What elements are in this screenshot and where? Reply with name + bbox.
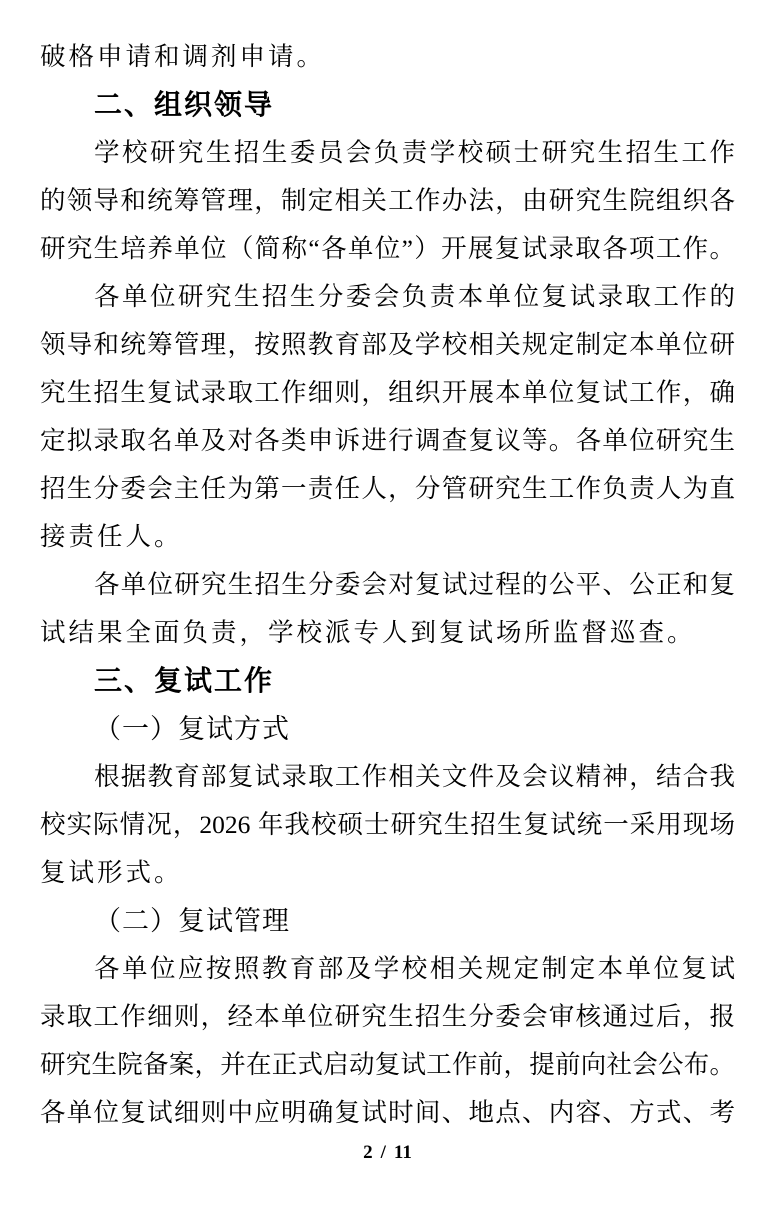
body-text-line: 学校研究生招生委员会负责学校硕士研究生招生工作 xyxy=(40,129,735,177)
current-page-number: 2 xyxy=(363,1142,373,1163)
body-text-line: 录取工作细则，经本单位研究生招生分委会审核通过后，报 xyxy=(40,993,735,1041)
body-text-line: 定拟录取名单及对各类申诉进行调查复议等。各单位研究生 xyxy=(40,417,735,465)
document-page: 破格申请和调剂申请。 二、组织领导 学校研究生招生委员会负责学校硕士研究生招生工… xyxy=(0,0,776,1208)
page-separator: / xyxy=(381,1142,386,1163)
section-heading-2: 二、组织领导 xyxy=(40,81,735,129)
body-text-line: 的领导和统筹管理，制定相关工作办法，由研究生院组织各 xyxy=(40,177,735,225)
paragraph-end-line: 复试形式。 xyxy=(40,849,735,897)
body-text-line: 根据教育部复试录取工作相关文件及会议精神，结合我 xyxy=(40,753,735,801)
page-footer: 2/11 xyxy=(40,1138,735,1168)
body-text-line: 研究生院备案，并在正式启动复试工作前，提前向社会公布。 xyxy=(40,1041,735,1089)
body-text-line: 各单位复试细则中应明确复试时间、地点、内容、方式、考 xyxy=(40,1089,735,1137)
body-text-line: 各单位研究生招生分委会对复试过程的公平、公正和复 xyxy=(40,561,735,609)
total-pages: 11 xyxy=(394,1142,412,1163)
paragraph-continuation-line: 破格申请和调剂申请。 xyxy=(40,33,735,81)
body-text-line: 校实际情况，2026 年我校硕士研究生招生复试统一采用现场 xyxy=(40,801,735,849)
body-text-line: 领导和统筹管理，按照教育部及学校相关规定制定本单位研 xyxy=(40,321,735,369)
section-heading-3: 三、复试工作 xyxy=(40,657,735,705)
body-text-line: 研究生培养单位（简称“各单位”）开展复试录取各项工作。 xyxy=(40,225,735,273)
body-text-line: 究生招生复试录取工作细则，组织开展本单位复试工作，确 xyxy=(40,369,735,417)
body-text-line: 各单位应按照教育部及学校相关规定制定本单位复试 xyxy=(40,945,735,993)
subsection-heading-2: （二）复试管理 xyxy=(40,897,735,945)
body-text-line: 各单位研究生招生分委会负责本单位复试录取工作的 xyxy=(40,273,735,321)
body-text-line: 招生分委会主任为第一责任人，分管研究生工作负责人为直 xyxy=(40,465,735,513)
paragraph-end-line: 试结果全面负责，学校派专人到复试场所监督巡查。 xyxy=(40,609,735,657)
paragraph-end-line: 接责任人。 xyxy=(40,513,735,561)
subsection-heading-1: （一）复试方式 xyxy=(40,705,735,753)
